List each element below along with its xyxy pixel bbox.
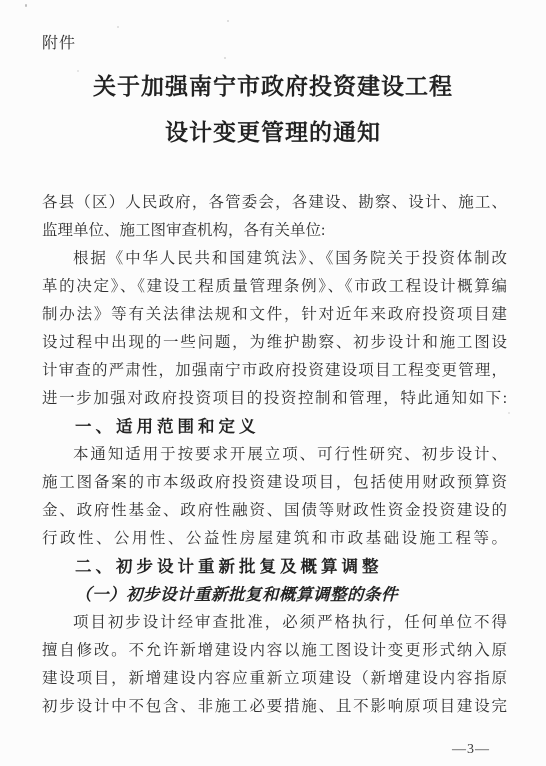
text-line: 擅自修改。不允许新增建设内容以施工图设计变更形式纳入原 xyxy=(42,637,507,665)
text-line: 项目初步设计经审查批准，必须严格执行，任何单位不得 xyxy=(42,609,507,637)
scan-speck xyxy=(227,20,229,22)
scan-speck xyxy=(25,4,27,7)
section-heading: 二、初步设计重新批复及概算调整 xyxy=(42,553,507,581)
title-line-2: 设计变更管理的通知 xyxy=(0,110,546,156)
title-line-1: 关于加强南宁市政府投资建设工程 xyxy=(0,64,546,110)
text-line: 根据《中华人民共和国建筑法》、《国务院关于投资体制改 xyxy=(42,245,507,273)
text-line: 革的决定》、《建设工程质量管理条例》、《市政工程设计概算编 xyxy=(42,273,507,301)
text-line: 计审查的严肃性，加强南宁市政府投资建设项目工程变更管理， xyxy=(42,357,507,385)
text-line: 本通知适用于按要求开展立项、可行性研究、初步设计、 xyxy=(42,441,507,469)
text-line: 监理单位、施工图审查机构，各有关单位: xyxy=(42,217,507,245)
text-line: 各县（区）人民政府，各管委会，各建设、勘察、设计、施工、 xyxy=(42,189,507,217)
text-line: 建设项目，新增建设内容应重新立项建设（新增建设内容指原 xyxy=(42,665,507,693)
text-line: 初步设计中不包含、非施工必要措施、且不影响原项目建设完 xyxy=(42,693,507,721)
text-line: 金、政府性基金、政府性融资、国债等财政性资金投资建设的 xyxy=(42,497,507,525)
scan-speck xyxy=(117,26,119,28)
document-page: 附件 关于加强南宁市政府投资建设工程 设计变更管理的通知 各县（区）人民政府，各… xyxy=(0,0,546,766)
attachment-label: 附件 xyxy=(42,30,76,53)
page-number: —3— xyxy=(452,742,490,758)
sub-section-heading: （一）初步设计重新批复和概算调整的条件 xyxy=(42,581,507,609)
document-title: 关于加强南宁市政府投资建设工程 设计变更管理的通知 xyxy=(0,64,546,156)
text-line: 施工图备案的市本级政府投资建设项目，包括使用财政预算资 xyxy=(42,469,507,497)
text-line: 制办法》等有关法律法规和文件，针对近年来政府投资项目建 xyxy=(42,301,507,329)
section-heading: 一、适用范围和定义 xyxy=(42,413,507,441)
text-line: 设过程中出现的一些问题，为维护勘察、初步设计和施工图设 xyxy=(42,329,507,357)
text-line: 行政性、公用性、公益性房屋建筑和市政基础设施工程等。 xyxy=(42,525,507,553)
document-body: 各县（区）人民政府，各管委会，各建设、勘察、设计、施工、监理单位、施工图审查机构… xyxy=(42,189,507,721)
scan-speck xyxy=(224,57,226,59)
text-line: 进一步加强对政府投资项目的投资控制和管理，特此通知如下: xyxy=(42,385,507,413)
scan-speck xyxy=(508,412,510,414)
